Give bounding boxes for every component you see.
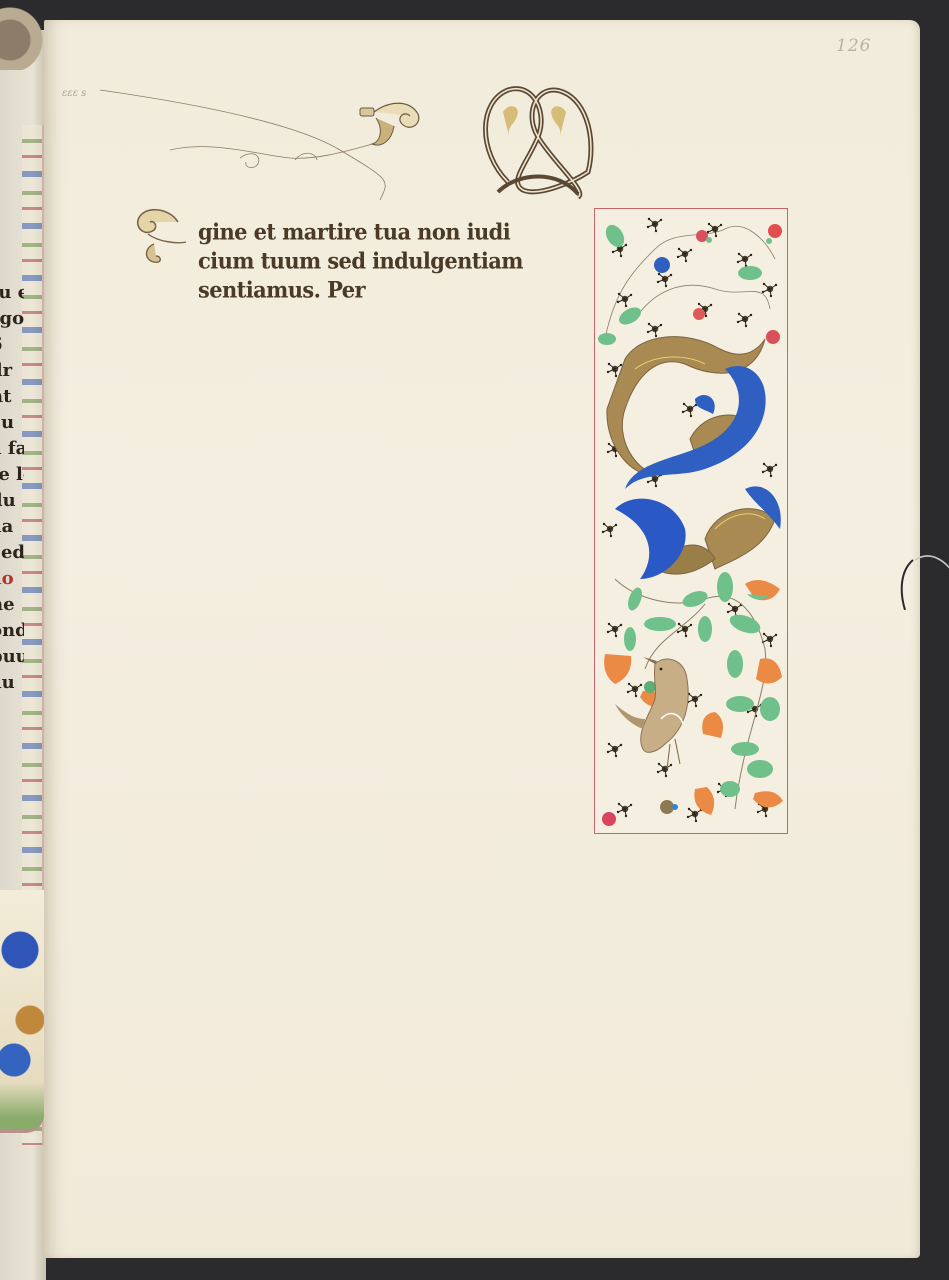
- book-clamp: [895, 520, 949, 610]
- left-text-line: tu e: [0, 280, 24, 306]
- left-text-line: au: [0, 670, 24, 696]
- interlace-knot-ornament: [478, 82, 596, 202]
- pen-flourish-scroll: [90, 80, 430, 200]
- text-line-2: cium tuum sed indulgentiam: [198, 245, 598, 275]
- left-text-line: ne: [0, 592, 24, 618]
- illuminated-border-panel: [594, 208, 788, 834]
- text-line-3: sentiamus. Per: [198, 274, 598, 304]
- left-text-line: dr: [0, 358, 24, 384]
- left-text-line: nt: [0, 384, 24, 410]
- left-text-line: cedi: [0, 540, 24, 566]
- pen-trial-marks: ɛɛɛ s: [62, 88, 86, 99]
- left-text-line: ond: [0, 618, 24, 644]
- border-illumination-art: [595, 209, 787, 833]
- left-text-line: cu: [0, 410, 24, 436]
- left-text-line: du: [0, 488, 24, 514]
- text-line-1: gine et martire tua non iudi: [198, 216, 598, 246]
- left-text-line: rgo: [0, 306, 24, 332]
- left-text-line: 6: [0, 332, 24, 358]
- facing-left-page: tu e rgo 6 dr nt cu a fan te le du aa ce…: [0, 30, 46, 1280]
- left-page-text-fragments: tu e rgo 6 dr nt cu a fan te le du aa ce…: [0, 280, 24, 880]
- page-curl-corner: [0, 0, 50, 70]
- left-text-line: te le: [0, 462, 24, 488]
- left-page-illumination: [0, 890, 44, 1133]
- penwork-initial: [128, 202, 188, 272]
- left-text-line: puu: [0, 644, 24, 670]
- latin-text-block: gine et martire tua non iudi cium tuum s…: [198, 217, 598, 304]
- folio-number: 126: [836, 36, 871, 56]
- left-text-line: a fan: [0, 436, 24, 462]
- left-text-line: aa: [0, 514, 24, 540]
- left-text-line-rubric: ao: [0, 566, 24, 592]
